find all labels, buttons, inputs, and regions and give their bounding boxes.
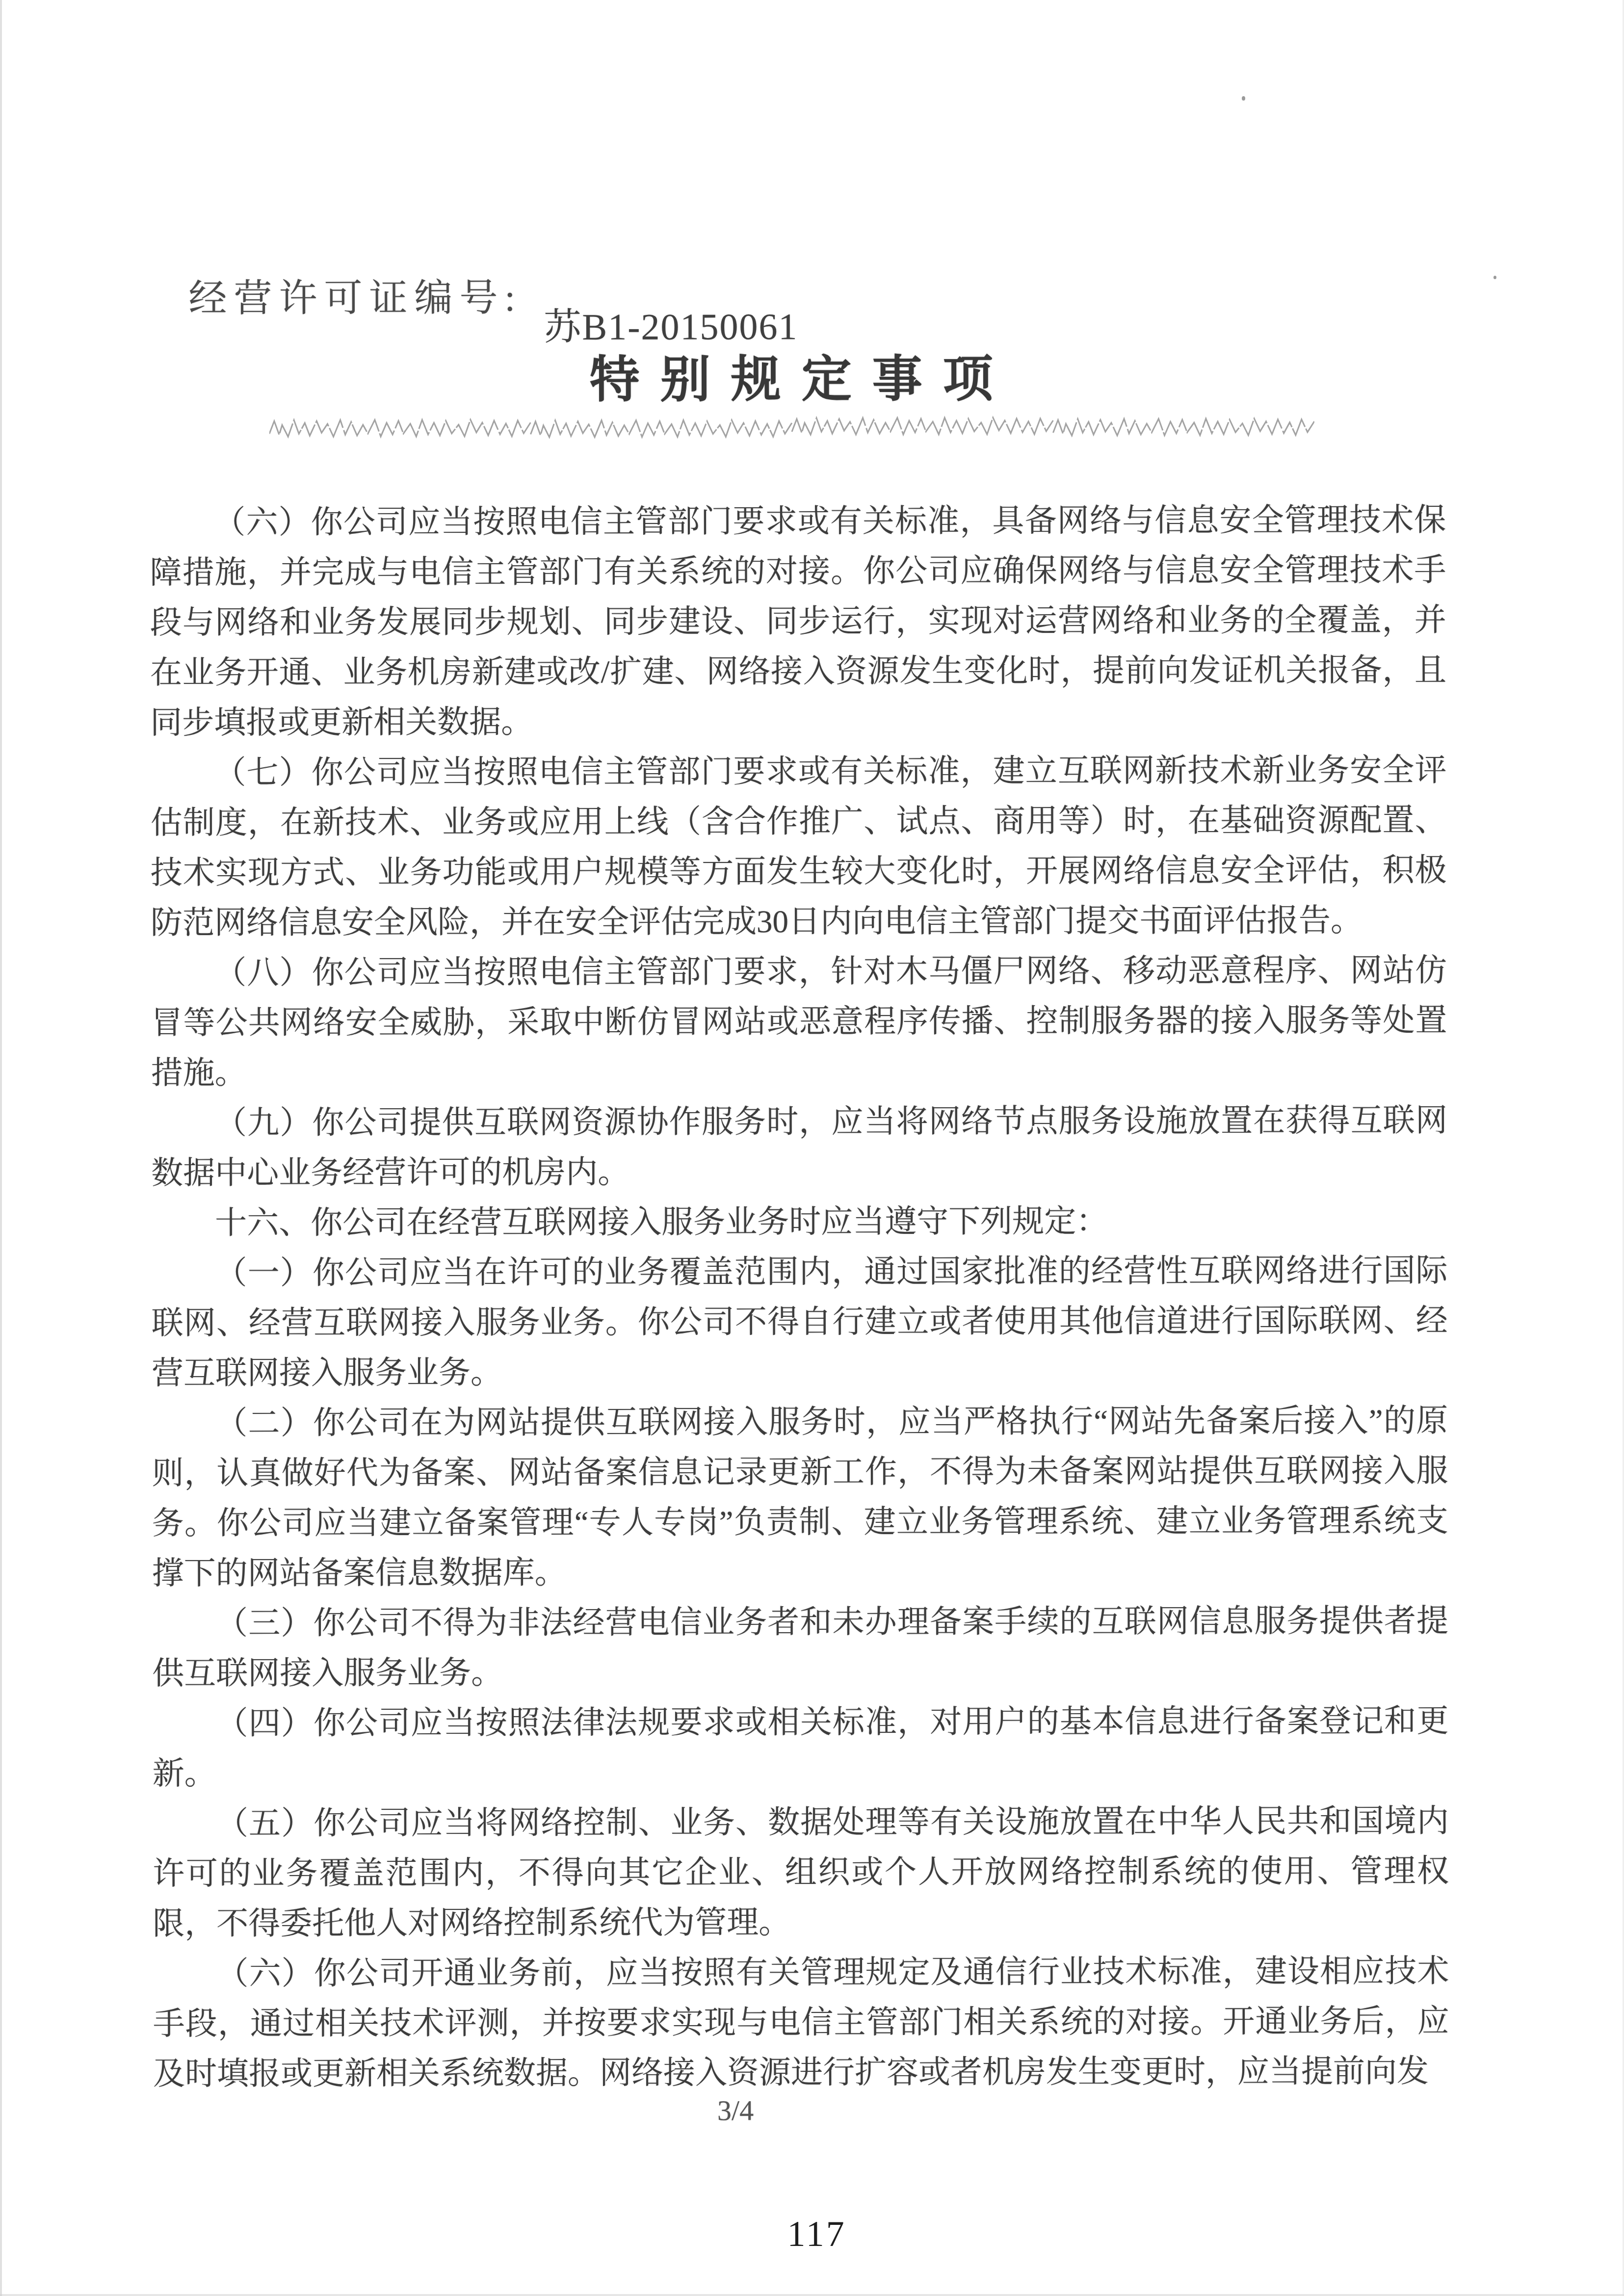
license-number-label: 经营许可证编号:	[188, 267, 522, 322]
paragraph-16-6-pre-launch: （六）你公司开通业务前，应当按照有关管理规定及通信行业技术标准，建设相应技术手段…	[153, 1946, 1449, 2099]
section-16-heading: 十六、你公司在经营互联网接入服务业务时应当遵守下列规定：	[151, 1196, 1447, 1249]
sheet-number: 3/4	[684, 2094, 787, 2127]
document-page: 经营许可证编号: 苏B1-20150061 特别规定事项 （六）你公司应当按照电…	[0, 0, 1624, 2296]
paragraph-16-4-user-info: （四）你公司应当按照法律法规要求或相关标准，对用户的基本信息进行备案登记和更新。	[152, 1696, 1448, 1799]
paragraph-16-3-illegal-operators: （三）你公司不得为非法经营电信业务者和未办理备案手续的互联网信息服务提供者提供互…	[152, 1596, 1448, 1699]
paragraph-7-security-assessment: （七）你公司应当按照电信主管部门要求或有关标准，建立互联网新技术新业务安全评估制…	[150, 745, 1447, 948]
paragraph-6-network-security: （六）你公司应当按照电信主管部门要求或有关标准，具备网络与信息安全管理技术保障措…	[150, 495, 1446, 748]
scanned-content: 经营许可证编号: 苏B1-20150061 特别规定事项 （六）你公司应当按照电…	[0, 0, 1624, 2296]
paragraph-9-resource-collaboration: （九）你公司提供互联网资源协作服务时，应当将网络节点服务设施放置在获得互联网数据…	[151, 1096, 1447, 1199]
page-number: 117	[765, 2214, 868, 2255]
page-title: 特别规定事项	[590, 339, 1014, 412]
document-body: （六）你公司应当按照电信主管部门要求或有关标准，具备网络与信息安全管理技术保障措…	[150, 495, 1449, 2099]
paragraph-16-1-coverage: （一）你公司应当在许可的业务覆盖范围内，通过国家批准的经营性互联网络进行国际联网…	[151, 1246, 1448, 1399]
paragraph-8-threat-handling: （八）你公司应当按照电信主管部门要求，针对木马僵尸网络、移动恶意程序、网站仿冒等…	[151, 945, 1447, 1098]
decorative-squiggle-line	[269, 412, 1314, 442]
paragraph-16-5-network-control: （五）你公司应当将网络控制、业务、数据处理等有关设施放置在中华人民共和国境内许可…	[153, 1796, 1449, 1949]
paragraph-16-2-website-filing: （二）你公司在为网站提供互联网接入服务时，应当严格执行“网站先备案后接入”的原则…	[152, 1396, 1448, 1599]
